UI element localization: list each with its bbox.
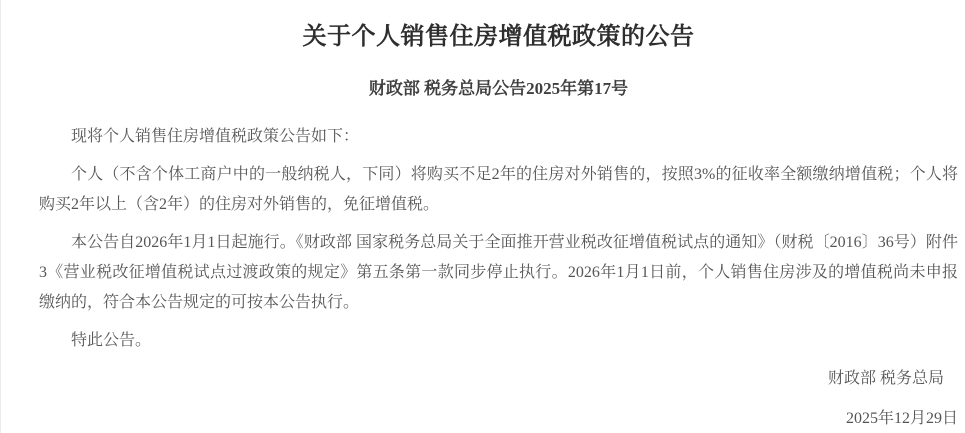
signature-block: 财政部 税务总局 2025年12月29日 — [39, 364, 958, 433]
signature-issuer: 财政部 税务总局 — [39, 364, 958, 394]
announcement-document: 关于个人销售住房增值税政策的公告 财政部 税务总局公告2025年第17号 现将个… — [1, 0, 965, 433]
page-title: 关于个人销售住房增值税政策的公告 — [39, 21, 958, 53]
document-number: 财政部 税务总局公告2025年第17号 — [39, 78, 958, 100]
signature-date: 2025年12月29日 — [39, 404, 958, 433]
paragraph-policy-rule: 个人（不含个体工商户中的一般纳税人，下同）将购买不足2年的住房对外销售的，按照3… — [39, 160, 958, 220]
paragraph-closing: 特此公告。 — [39, 326, 958, 356]
paragraph-intro: 现将个人销售住房增值税政策公告如下： — [39, 122, 958, 152]
paragraph-effective-date: 本公告自2026年1月1日起施行。《财政部 国家税务总局关于全面推开营业税改征增… — [39, 228, 958, 318]
document-body: 现将个人销售住房增值税政策公告如下： 个人（不含个体工商户中的一般纳税人，下同）… — [39, 122, 958, 356]
